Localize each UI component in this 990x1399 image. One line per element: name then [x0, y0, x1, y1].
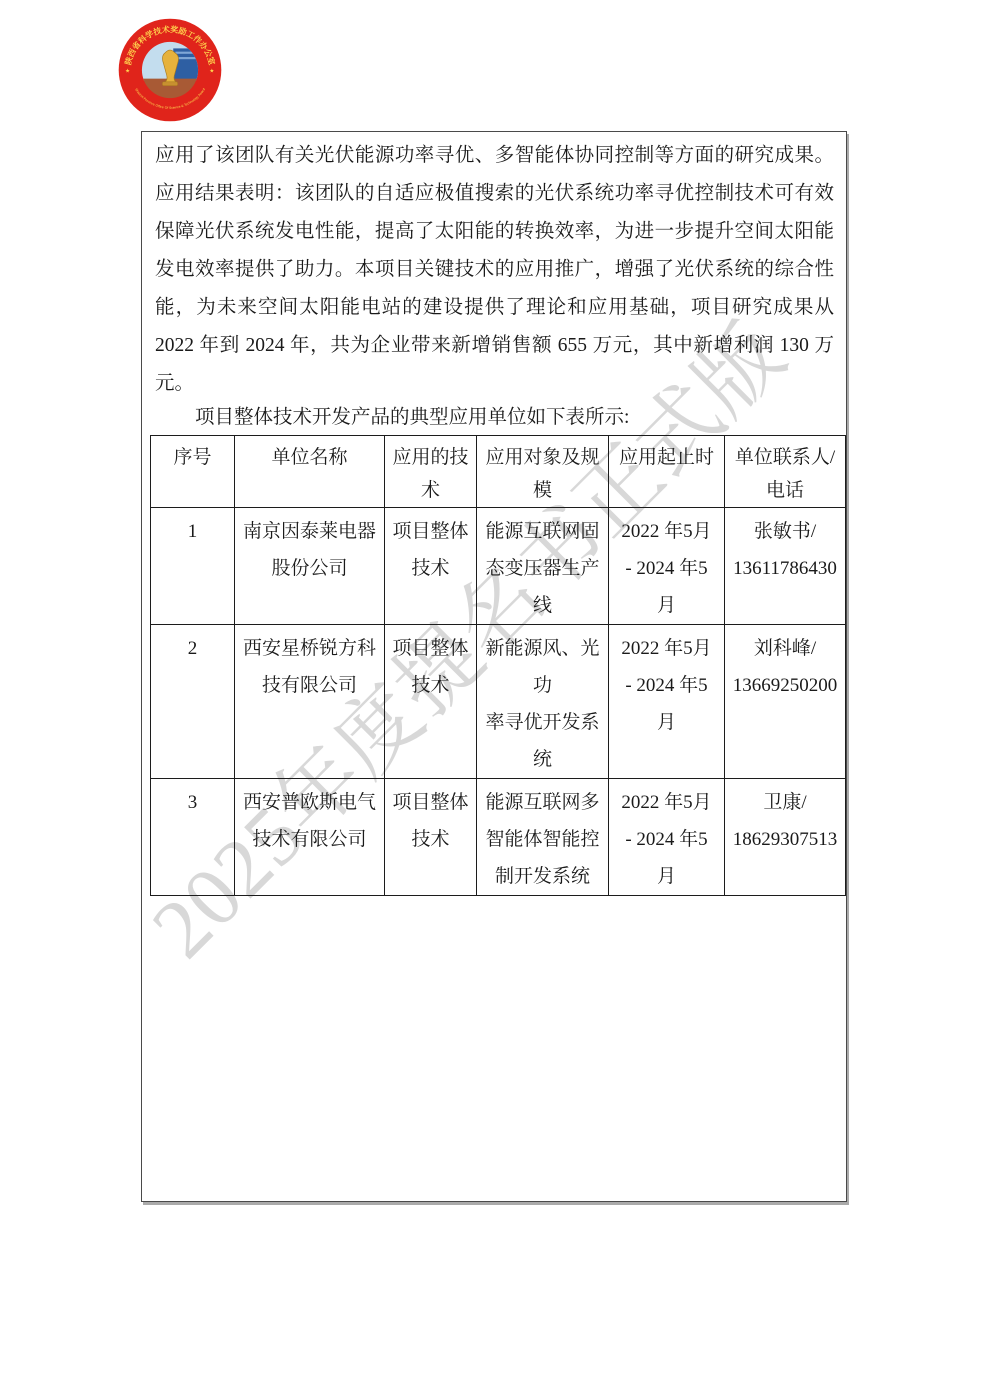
- table-header-cell: 应用的技 术: [385, 436, 477, 508]
- table-cell: 2022 年5月 - 2024 年5 月: [609, 779, 725, 896]
- table-header-cell: 序号: [151, 436, 235, 508]
- table-header-cell: 单位联系人/ 电话: [725, 436, 846, 508]
- paragraph-line: 2022 年到 2024 年，共为企业带来新增销售额 655 万元，其中新增利润…: [155, 327, 834, 365]
- table-header-row: 序号单位名称应用的技 术应用对象及规 模应用起止时单位联系人/ 电话: [151, 436, 846, 508]
- table-cell: 南京因泰莱电器 股份公司: [235, 508, 385, 625]
- table-cell: 西安普欧斯电气 技术有限公司: [235, 779, 385, 896]
- content-box: 应用了该团队有关光伏能源功率寻优、多智能体协同控制等方面的研究成果。应用结果表明…: [141, 131, 847, 1202]
- table-header-cell: 应用对象及规 模: [477, 436, 609, 508]
- table-row: 3西安普欧斯电气 技术有限公司项目整体 技术能源互联网多 智能体智能控 制开发系…: [151, 779, 846, 896]
- paragraph-last-line: 元。: [155, 365, 834, 403]
- seal-left-star-icon: ★: [125, 69, 130, 75]
- table-cell: 张敏书/ 13611786430: [725, 508, 846, 625]
- table-row: 2西安星桥锐方科 技有限公司项目整体 技术新能源风、光功 率寻优开发系 统202…: [151, 625, 846, 779]
- seal-right-star-icon: ★: [209, 69, 214, 75]
- table-row: 1南京因泰莱电器 股份公司项目整体 技术能源互联网固 态变压器生产 线2022 …: [151, 508, 846, 625]
- table-cell: 2022 年5月 - 2024 年5 月: [609, 625, 725, 779]
- table-body: 1南京因泰莱电器 股份公司项目整体 技术能源互联网固 态变压器生产 线2022 …: [151, 508, 846, 896]
- table-cell: 项目整体 技术: [385, 625, 477, 779]
- application-results-paragraph: 应用了该团队有关光伏能源功率寻优、多智能体协同控制等方面的研究成果。应用结果表明…: [142, 132, 846, 403]
- paragraph-line: 能，为未来空间太阳能电站的建设提供了理论和应用基础，项目研究成果从: [155, 289, 834, 327]
- table-cell: 西安星桥锐方科 技有限公司: [235, 625, 385, 779]
- seal-logo-icon: 陕西省科学技术奖励工作办公室 Shaanxi Province Office O…: [116, 16, 224, 124]
- table-cell: 项目整体 技术: [385, 508, 477, 625]
- table-cell: 2022 年5月 - 2024 年5 月: [609, 508, 725, 625]
- paragraph-lines: 应用了该团队有关光伏能源功率寻优、多智能体协同控制等方面的研究成果。应用结果表明…: [155, 137, 834, 365]
- table-header-cell: 应用起止时: [609, 436, 725, 508]
- application-units-table: 序号单位名称应用的技 术应用对象及规 模应用起止时单位联系人/ 电话 1南京因泰…: [150, 435, 846, 896]
- table-cell: 卫康/ 18629307513: [725, 779, 846, 896]
- document-page: 陕西省科学技术奖励工作办公室 Shaanxi Province Office O…: [0, 0, 990, 1399]
- paragraph-line: 应用了该团队有关光伏能源功率寻优、多智能体协同控制等方面的研究成果。: [155, 137, 834, 175]
- table-cell: 刘科峰/ 13669250200: [725, 625, 846, 779]
- award-office-seal-logo: 陕西省科学技术奖励工作办公室 Shaanxi Province Office O…: [116, 16, 224, 124]
- paragraph-line: 发电效率提供了助力。本项目关键技术的应用推广，增强了光伏系统的综合性: [155, 251, 834, 289]
- table-cell: 3: [151, 779, 235, 896]
- table-cell: 项目整体 技术: [385, 779, 477, 896]
- table-cell: 1: [151, 508, 235, 625]
- table-cell: 2: [151, 625, 235, 779]
- paragraph-line: 保障光伏系统发电性能，提高了太阳能的转换效率，为进一步提升空间太阳能: [155, 213, 834, 251]
- table-cell: 能源互联网多 智能体智能控 制开发系统: [477, 779, 609, 896]
- table-cell: 新能源风、光功 率寻优开发系 统: [477, 625, 609, 779]
- paragraph-line: 应用结果表明：该团队的自适应极值搜索的光伏系统功率寻优控制技术可有效: [155, 175, 834, 213]
- table-header-cell: 单位名称: [235, 436, 385, 508]
- table-cell: 能源互联网固 态变压器生产 线: [477, 508, 609, 625]
- table-intro-line: 项目整体技术开发产品的典型应用单位如下表所示:: [142, 403, 846, 433]
